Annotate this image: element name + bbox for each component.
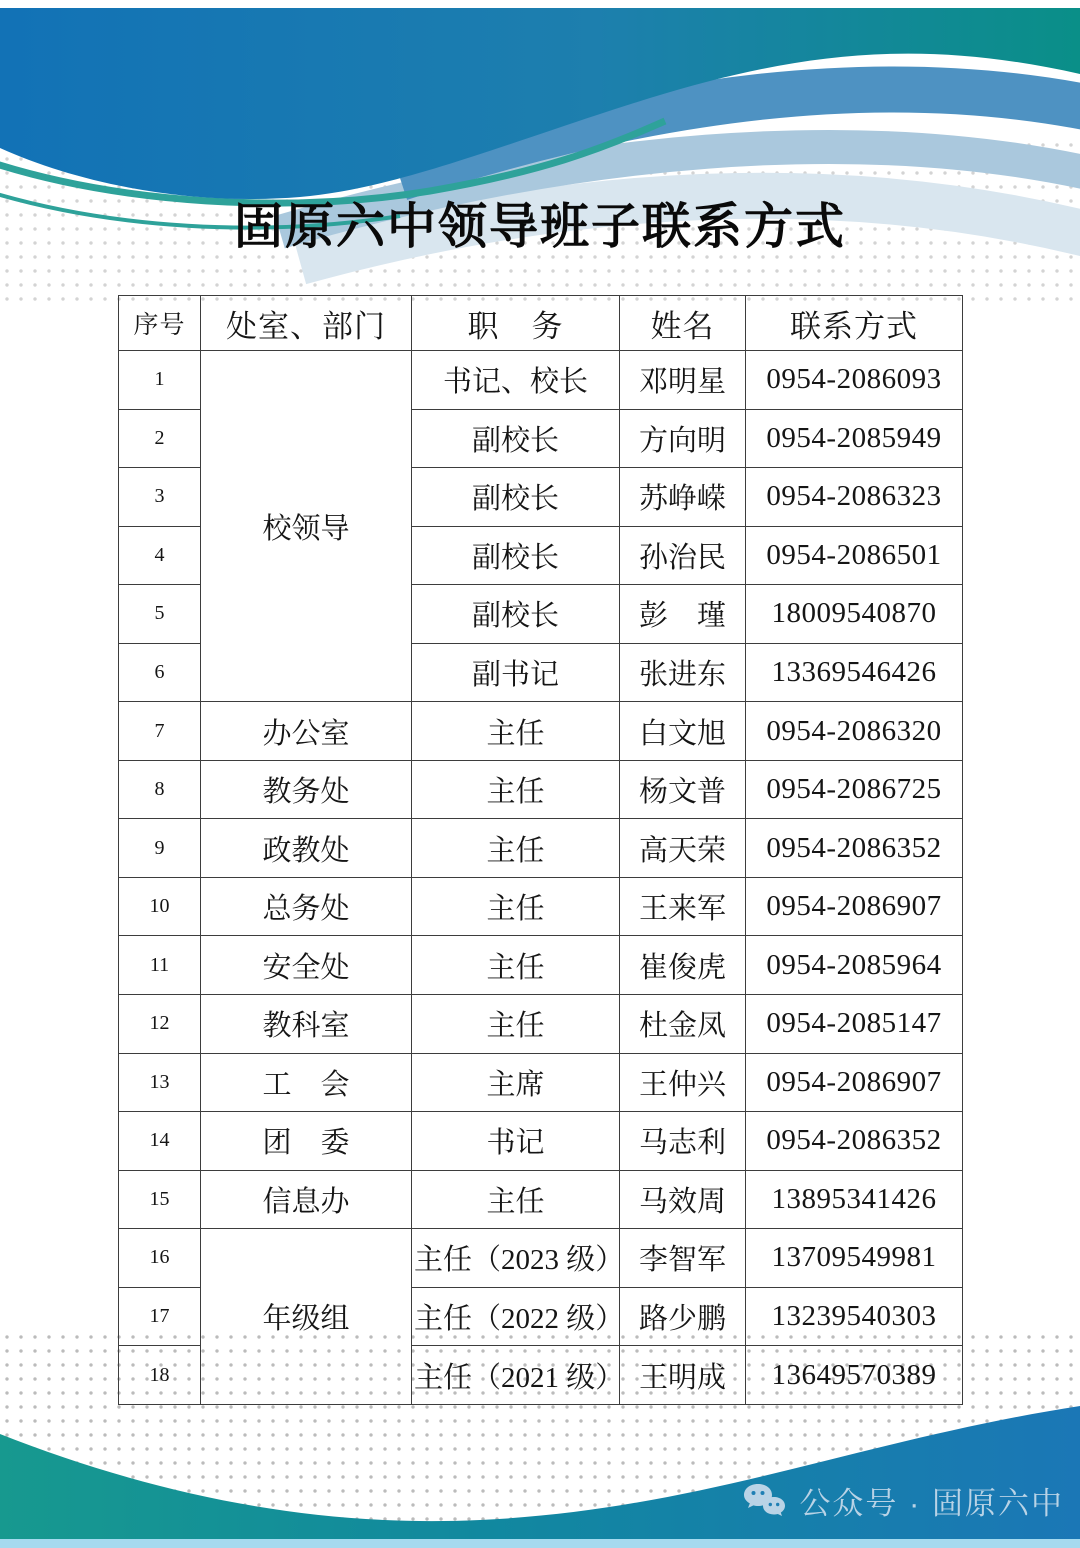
cell-index: 9 [119,819,201,878]
wechat-icon [741,1482,787,1520]
cell-duty: 副校长 [412,585,620,644]
cell-index: 16 [119,1229,201,1288]
cell-duty: 主任（2021 级） [412,1346,620,1405]
table-row: 7办公室主任白文旭0954-2086320 [119,702,963,761]
header-name: 姓名 [620,296,746,351]
cell-phone: 0954-2086907 [746,877,963,936]
cell-duty: 主任 [412,877,620,936]
cell-department: 工 会 [201,1053,412,1112]
cell-name: 邓明星 [620,351,746,410]
table-row: 8教务处主任杨文普0954-2086725 [119,760,963,819]
cell-phone: 0954-2086323 [746,468,963,527]
cell-phone: 0954-2086320 [746,702,963,761]
table-row: 13工 会主席王仲兴0954-2086907 [119,1053,963,1112]
cell-index: 11 [119,936,201,995]
cell-index: 18 [119,1346,201,1405]
cell-duty: 主任 [412,936,620,995]
cell-index: 13 [119,1053,201,1112]
cell-phone: 0954-2086093 [746,351,963,410]
cell-department: 安全处 [201,936,412,995]
cell-duty: 副校长 [412,468,620,527]
cell-index: 2 [119,409,201,468]
cell-department: 政教处 [201,819,412,878]
table-row: 16年级组主任（2023 级）李智军13709549981 [119,1229,963,1288]
cell-name: 孙治民 [620,526,746,585]
cell-name: 方向明 [620,409,746,468]
contact-table: 序号 处室、部门 职 务 姓名 联系方式 1校领导书记、校长邓明星0954-20… [118,295,963,1405]
table-row: 9政教处主任高天荣0954-2086352 [119,819,963,878]
cell-department: 教务处 [201,760,412,819]
cell-name: 白文旭 [620,702,746,761]
cell-department: 教科室 [201,995,412,1054]
cell-phone: 13369546426 [746,643,963,702]
cell-duty: 主任（2023 级） [412,1229,620,1288]
cell-name: 王来军 [620,877,746,936]
cell-duty: 书记、校长 [412,351,620,410]
cell-phone: 13709549981 [746,1229,963,1288]
cell-duty: 主任 [412,995,620,1054]
cell-department: 办公室 [201,702,412,761]
cell-phone: 0954-2085147 [746,995,963,1054]
cell-duty: 主任 [412,760,620,819]
page-title: 固原六中领导班子联系方式 [0,188,1080,258]
cell-phone: 13649570389 [746,1346,963,1405]
header-phone: 联系方式 [746,296,963,351]
cell-duty: 副书记 [412,643,620,702]
cell-index: 4 [119,526,201,585]
cell-phone: 0954-2086352 [746,819,963,878]
cell-department: 年级组 [201,1229,412,1405]
cell-index: 5 [119,585,201,644]
bottom-wave-band [0,1406,1080,1548]
cell-duty: 书记 [412,1112,620,1171]
table-header-row: 序号 处室、部门 职 务 姓名 联系方式 [119,296,963,351]
cell-index: 8 [119,760,201,819]
cell-name: 马效周 [620,1170,746,1229]
cell-index: 14 [119,1112,201,1171]
table-body: 1校领导书记、校长邓明星0954-20860932副校长方向明0954-2085… [119,351,963,1405]
cell-phone: 13895341426 [746,1170,963,1229]
public-account-label: 公众号 · 固原六中 [799,1478,1064,1523]
cell-name: 崔俊虎 [620,936,746,995]
cell-duty: 主席 [412,1053,620,1112]
cell-phone: 0954-2086501 [746,526,963,585]
cell-index: 12 [119,995,201,1054]
cell-name: 马志利 [620,1112,746,1171]
table-row: 10总务处主任王来军0954-2086907 [119,877,963,936]
cell-index: 17 [119,1287,201,1346]
cell-duty: 主任 [412,702,620,761]
cell-duty: 副校长 [412,526,620,585]
cell-phone: 0954-2086907 [746,1053,963,1112]
cell-name: 杨文普 [620,760,746,819]
cell-name: 路少鹏 [620,1287,746,1346]
cell-department: 总务处 [201,877,412,936]
header-duty: 职 务 [412,296,620,351]
cell-phone: 0954-2086352 [746,1112,963,1171]
table-row: 1校领导书记、校长邓明星0954-2086093 [119,351,963,410]
cell-index: 10 [119,877,201,936]
cell-name: 高天荣 [620,819,746,878]
cell-duty: 主任（2022 级） [412,1287,620,1346]
cell-phone: 0954-2085964 [746,936,963,995]
cell-phone: 0954-2086725 [746,760,963,819]
header-index: 序号 [119,296,201,351]
cell-name: 李智军 [620,1229,746,1288]
cell-name: 苏峥嵘 [620,468,746,527]
cell-index: 6 [119,643,201,702]
cell-index: 15 [119,1170,201,1229]
cell-department: 团 委 [201,1112,412,1171]
cell-index: 3 [119,468,201,527]
cell-name: 王明成 [620,1346,746,1405]
table-row: 11安全处主任崔俊虎0954-2085964 [119,936,963,995]
cell-phone: 18009540870 [746,585,963,644]
cell-name: 张进东 [620,643,746,702]
bottom-wave-decoration [0,1398,1080,1548]
cell-index: 7 [119,702,201,761]
cell-duty: 副校长 [412,409,620,468]
cell-phone: 0954-2085949 [746,409,963,468]
header-department: 处室、部门 [201,296,412,351]
cell-index: 1 [119,351,201,410]
bottom-light-strip [0,1539,1080,1548]
cell-department: 校领导 [201,351,412,702]
cell-name: 王仲兴 [620,1053,746,1112]
table-row: 12教科室主任杜金凤0954-2085147 [119,995,963,1054]
cell-name: 杜金凤 [620,995,746,1054]
table-row: 14团 委书记马志利0954-2086352 [119,1112,963,1171]
cell-duty: 主任 [412,1170,620,1229]
cell-name: 彭 瑾 [620,585,746,644]
public-account-badge: 公众号 · 固原六中 [741,1478,1064,1523]
table-row: 15信息办主任马效周13895341426 [119,1170,963,1229]
cell-duty: 主任 [412,819,620,878]
cell-department: 信息办 [201,1170,412,1229]
cell-phone: 13239540303 [746,1287,963,1346]
